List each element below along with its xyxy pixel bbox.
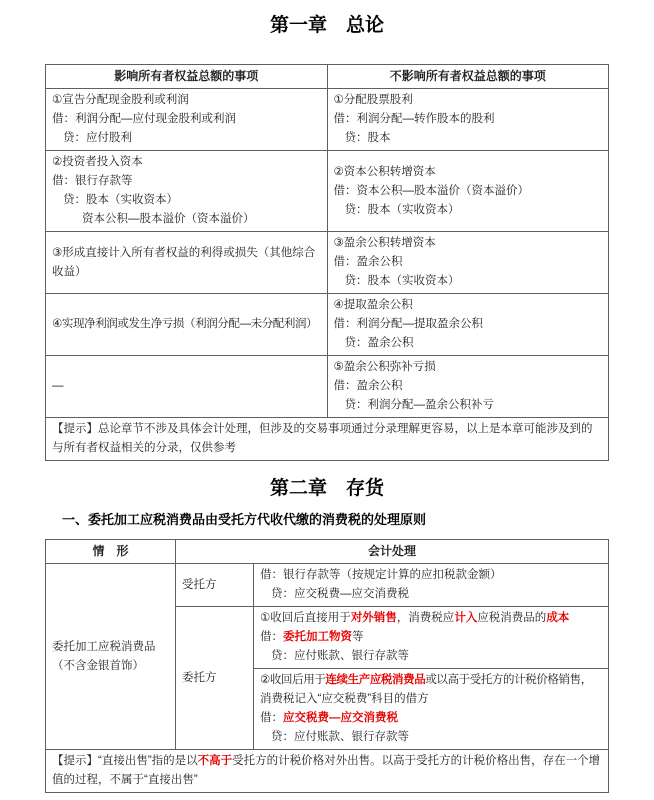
entry-line: 借：银行存款等 [52, 172, 321, 191]
cell-capital-reserve-to-capital: ②资本公积转增资本 借：资本公积—股本溢价（资本溢价） 贷：股本（实收资本） [327, 151, 609, 232]
equity-effects-table: 影响所有者权益总额的事项 不影响所有者权益总额的事项 ①宣告分配现金股利或利润 … [45, 64, 609, 461]
document-page: 第一章 总论 影响所有者权益总额的事项 不影响所有者权益总额的事项 ①宣告分配现… [0, 0, 654, 793]
entry-line: ③盈余公积转增资本 [334, 234, 603, 253]
section-heading: 一、委托加工应税消费品由受托方代收代缴的消费税的处理原则 [62, 511, 609, 529]
header-not-affecting-equity: 不影响所有者权益总额的事项 [327, 65, 609, 89]
equity-row-4: ④实现净利润或发生净亏损（利润分配—未分配利润） ④提取盈余公积 借：利润分配—… [46, 294, 609, 356]
entry-line: 借：应交税费—应交消费税 [260, 709, 602, 728]
entry-line: 贷：应付账款、银行存款等 [260, 728, 602, 747]
entry-line: ④实现净利润或发生净亏损（利润分配—未分配利润） [52, 315, 321, 334]
entry-line: 贷：股本（实收资本） [334, 201, 603, 220]
entry-line: 借：委托加工物资等 [260, 628, 602, 647]
entry-line: 借：盈余公积 [334, 377, 603, 396]
equity-row-2: ②投资者投入资本 借：银行存款等 贷：股本（实收资本） 资本公积—股本溢价（资本… [46, 151, 609, 232]
header-accounting-treatment: 会计处理 [176, 540, 609, 564]
chapter2-title: 第二章 存货 [45, 475, 609, 503]
entry-line: 贷：盈余公积 [334, 334, 603, 353]
entry-line: ①分配股票股利 [334, 91, 603, 110]
text-run: 应税消费品的 [477, 612, 546, 624]
cell-other-comprehensive-income: ③形成直接计入所有者权益的利得或损失（其他综合收益） [46, 232, 328, 294]
entry-line: 借：盈余公积 [334, 253, 603, 272]
tax-table-note-row: 【提示】“直接出售”指的是以不高于受托方的计税价格对外出售。以高于受托方的计税价… [46, 750, 609, 793]
entry-line: ③形成直接计入所有者权益的利得或损失（其他综合收益） [52, 244, 321, 282]
red-emphasis: 不高于 [198, 755, 233, 767]
cell-investor-capital: ②投资者投入资本 借：银行存款等 贷：股本（实收资本） 资本公积—股本溢价（资本… [46, 151, 328, 232]
entry-line: ②收回后用于连续生产应税消费品或以高于受托方的计税价格销售， [260, 671, 602, 690]
entry-line: 贷：应交税费—应交消费税 [260, 585, 602, 604]
text-run: 【提示】“直接出售”指的是以 [52, 755, 198, 767]
equity-table-note-row: 【提示】总论章节不涉及具体会计处理，但涉及的交易事项通过分录理解更容易，以上是本… [46, 418, 609, 461]
cell-trustee-label: 受托方 [176, 564, 254, 607]
red-emphasis: 连续生产应税消费品 [325, 674, 425, 686]
cell-declare-cash-dividend: ①宣告分配现金股利或利润 借：利润分配—应付现金股利或利润 贷：应付股利 [46, 89, 328, 151]
text-run: 等 [352, 631, 364, 643]
text-run: ②收回后用于 [260, 674, 325, 686]
text-run: 借： [260, 712, 283, 724]
situation-line: 委托加工应税消费品 [52, 638, 169, 657]
entry-line: 贷：应付账款、银行存款等 [260, 647, 602, 666]
entry-line: 贷：股本 [334, 129, 603, 148]
text-run: ，消费税应 [397, 612, 455, 624]
red-emphasis: 应交税费—应交消费税 [283, 712, 398, 724]
entry-line: 消费税记入“应交税费”科目的借方 [260, 690, 602, 709]
red-emphasis: 对外销售 [351, 612, 397, 624]
entry-line: 借：利润分配—转作股本的股利 [334, 110, 603, 129]
entry-line: ②投资者投入资本 [52, 153, 321, 172]
entry-line: ①宣告分配现金股利或利润 [52, 91, 321, 110]
red-emphasis: 计入 [454, 612, 477, 624]
chapter1-title: 第一章 总论 [45, 12, 609, 40]
cell-stock-dividend: ①分配股票股利 借：利润分配—转作股本的股利 贷：股本 [327, 89, 609, 151]
entry-line: 贷：利润分配—盈余公积补亏 [334, 396, 603, 415]
cell-client-case1: ①收回后直接用于对外销售，消费税应计入应税消费品的成本 借：委托加工物资等 贷：… [254, 607, 609, 669]
entry-line: 贷：股本（实收资本） [334, 272, 603, 291]
cell-withdraw-surplus-reserve: ④提取盈余公积 借：利润分配—提取盈余公积 贷：盈余公积 [327, 294, 609, 356]
entry-line: 借：利润分配—应付现金股利或利润 [52, 110, 321, 129]
text-run: 或以高于受托方的计税价格销售， [425, 674, 592, 686]
cell-client-label: 委托方 [176, 607, 254, 750]
text-run: ①收回后直接用于 [260, 612, 351, 624]
entry-line: ④提取盈余公积 [334, 296, 603, 315]
header-affecting-equity: 影响所有者权益总额的事项 [46, 65, 328, 89]
red-emphasis: 成本 [546, 612, 569, 624]
entry-line: ②资本公积转增资本 [334, 163, 603, 182]
text-run: 借： [260, 631, 283, 643]
cell-situation: 委托加工应税消费品 （不含金银首饰） [46, 564, 176, 750]
table1-note: 【提示】总论章节不涉及具体会计处理，但涉及的交易事项通过分录理解更容易，以上是本… [46, 418, 609, 461]
entry-line: 借：利润分配—提取盈余公积 [334, 315, 603, 334]
cell-surplus-reserve-cover-loss: ⑤盈余公积弥补亏损 借：盈余公积 贷：利润分配—盈余公积补亏 [327, 356, 609, 418]
entry-line: 贷：股本（实收资本） [52, 191, 321, 210]
cell-net-profit-or-loss: ④实现净利润或发生净亏损（利润分配—未分配利润） [46, 294, 328, 356]
tax-table-header-row: 情 形 会计处理 [46, 540, 609, 564]
cell-trustee-entries: 借：银行存款等（按规定计算的应扣税款金额） 贷：应交税费—应交消费税 [254, 564, 609, 607]
entry-line: ⑤盈余公积弥补亏损 [334, 358, 603, 377]
entry-line: 借：资本公积—股本溢价（资本溢价） [334, 182, 603, 201]
entry-line: ①收回后直接用于对外销售，消费税应计入应税消费品的成本 [260, 609, 602, 628]
header-situation: 情 形 [46, 540, 176, 564]
entry-line: 贷：应付股利 [52, 129, 321, 148]
table2-note: 【提示】“直接出售”指的是以不高于受托方的计税价格对外出售。以高于受托方的计税价… [46, 750, 609, 793]
consignment-consumption-tax-table: 情 形 会计处理 委托加工应税消费品 （不含金银首饰） 受托方 借：银行存款等（… [45, 539, 609, 793]
situation-line: （不含金银首饰） [52, 657, 169, 676]
tax-row-trustee: 委托加工应税消费品 （不含金银首饰） 受托方 借：银行存款等（按规定计算的应扣税… [46, 564, 609, 607]
entry-line: 资本公积—股本溢价（资本溢价） [52, 210, 321, 229]
entry-line: 借：银行存款等（按规定计算的应扣税款金额） [260, 566, 602, 585]
cell-surplus-reserve-to-capital: ③盈余公积转增资本 借：盈余公积 贷：股本（实收资本） [327, 232, 609, 294]
red-emphasis: 委托加工物资 [283, 631, 352, 643]
equity-row-1: ①宣告分配现金股利或利润 借：利润分配—应付现金股利或利润 贷：应付股利 ①分配… [46, 89, 609, 151]
cell-client-case2: ②收回后用于连续生产应税消费品或以高于受托方的计税价格销售， 消费税记入“应交税… [254, 669, 609, 750]
equity-row-5: — ⑤盈余公积弥补亏损 借：盈余公积 贷：利润分配—盈余公积补亏 [46, 356, 609, 418]
cell-empty-dash: — [46, 356, 328, 418]
equity-row-3: ③形成直接计入所有者权益的利得或损失（其他综合收益） ③盈余公积转增资本 借：盈… [46, 232, 609, 294]
equity-table-header-row: 影响所有者权益总额的事项 不影响所有者权益总额的事项 [46, 65, 609, 89]
